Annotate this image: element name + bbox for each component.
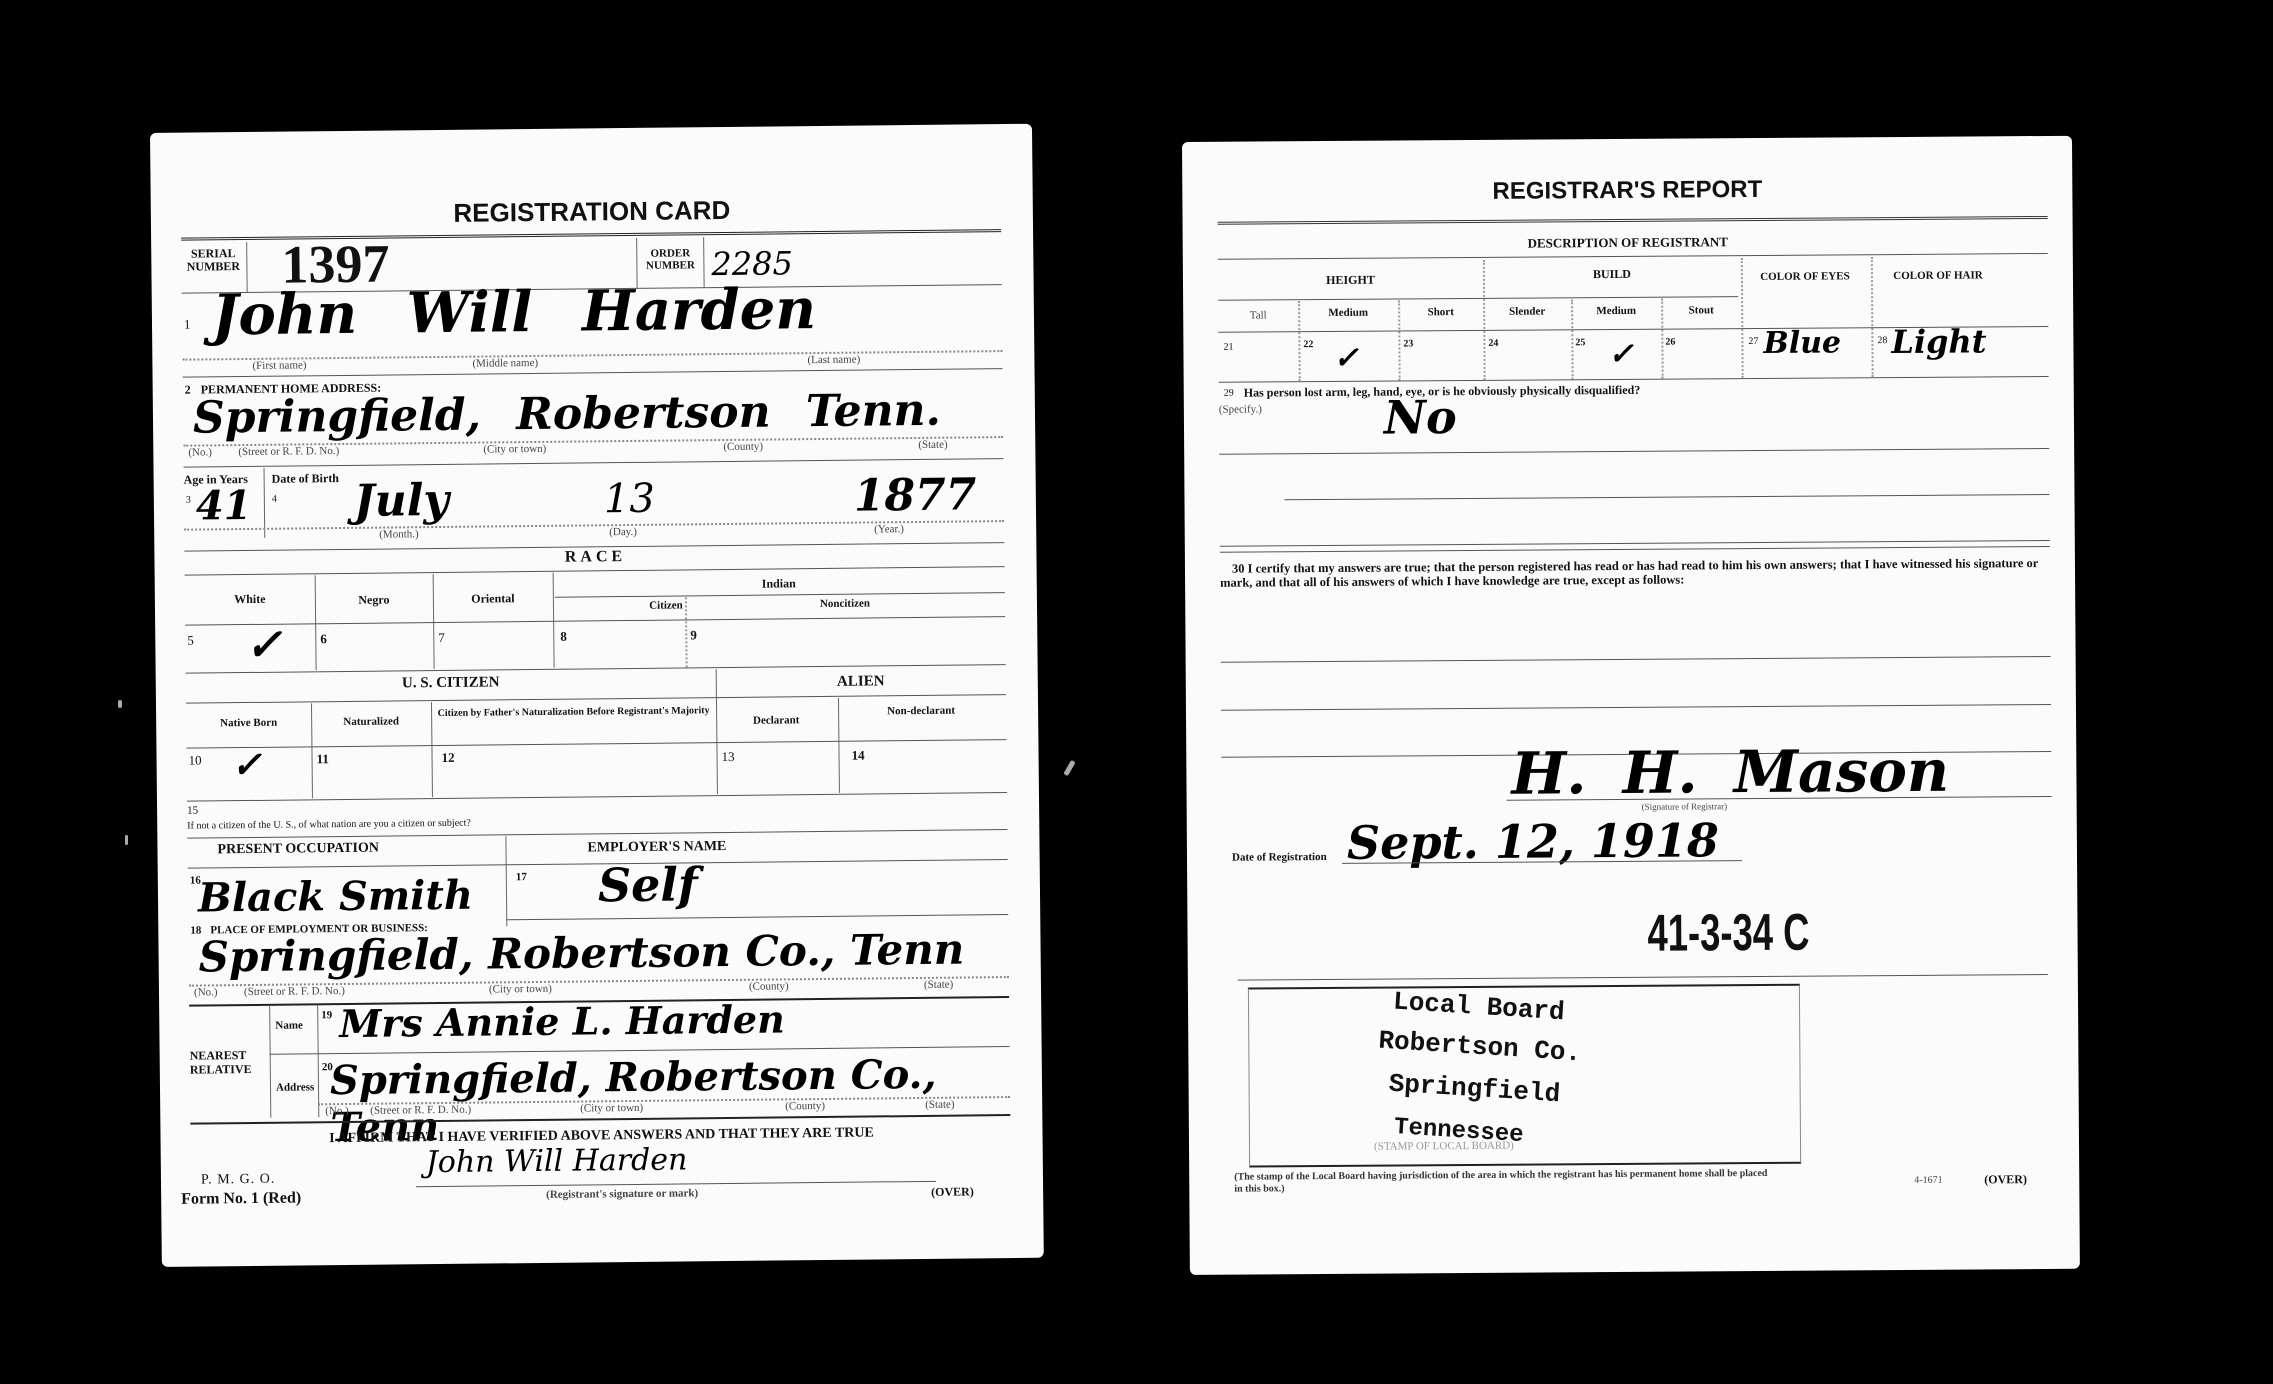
divider	[186, 694, 1006, 704]
month-label: (Month.)	[379, 528, 419, 540]
sub-label-county: (County)	[723, 441, 763, 453]
stamp-caption: (STAMP OF LOCAL BOARD)	[1374, 1140, 1514, 1153]
race-white-label: White	[185, 591, 315, 607]
birth-year: 1877	[854, 469, 977, 521]
race-indian-noncitizen-label: Noncitizen	[685, 596, 1005, 611]
hair-color-value: Light	[1891, 322, 1986, 361]
height-short-label: Short	[1398, 306, 1483, 319]
dust-speck	[118, 700, 122, 708]
form-number: Form No. 1 (Red)	[181, 1189, 301, 1208]
field-number: 23	[1403, 338, 1413, 349]
sub-label-street: (Street or R. F. D. No.)	[238, 445, 339, 458]
employer-label: EMPLOYER'S NAME	[587, 839, 726, 856]
divider	[1219, 376, 2049, 383]
registrars-report-card: REGISTRAR'S REPORT DESCRIPTION OF REGIST…	[1182, 136, 2080, 1275]
divider	[269, 1006, 271, 1118]
divider	[416, 1181, 936, 1187]
over-label: (OVER)	[1984, 1172, 2027, 1187]
day-label: (Day.)	[609, 526, 637, 538]
field-number: 19	[321, 1009, 332, 1021]
divider	[1220, 546, 2050, 553]
field-number: 6	[320, 631, 327, 647]
relative-address-label: Address	[276, 1081, 314, 1093]
field-number: 25	[1575, 337, 1585, 348]
field-number: 28	[1877, 335, 1887, 346]
sub-label-county: (County)	[749, 980, 789, 992]
sub-label-state: (State)	[925, 1099, 954, 1111]
divider	[505, 836, 507, 926]
height-tall-label: Tall	[1218, 309, 1298, 322]
native-born-label: Native Born	[186, 716, 311, 729]
sub-label-no: (No.)	[194, 986, 218, 998]
field-number: 22	[1303, 339, 1313, 350]
race-indian-heading: Indian	[553, 574, 1005, 594]
field-number: 12	[441, 750, 454, 766]
field-number: 29	[1224, 388, 1234, 399]
divider	[1218, 253, 2048, 260]
divider	[1218, 216, 2048, 225]
divider	[1741, 258, 1744, 378]
signature-label: (Registrant's signature or mark)	[546, 1187, 698, 1201]
divider	[185, 616, 1005, 626]
field-number: 26	[1665, 337, 1675, 348]
registrant-name: John Will Harden	[212, 276, 817, 348]
divider	[1284, 494, 2049, 500]
form-id-pmgo: P. M. G. O.	[201, 1172, 276, 1189]
dust-speck	[1063, 760, 1075, 776]
sub-label-street: (Street or R. F. D. No.)	[244, 985, 345, 998]
divider	[187, 829, 1007, 839]
home-address: Springfield, Robertson Tenn.	[193, 385, 941, 444]
last-name-label: (Last name)	[807, 354, 860, 367]
registration-code: 41-3-34 C	[1647, 903, 1809, 964]
occupation-value: Black Smith	[198, 872, 473, 922]
field-number: 5	[187, 633, 194, 649]
year-label: (Year.)	[874, 523, 904, 535]
naturalized-label: Naturalized	[311, 715, 431, 728]
registrant-signature: John Will Harden	[426, 1142, 688, 1180]
q30-text: I certify that my answers are true; that…	[1220, 556, 2038, 590]
field-number: 21	[1223, 342, 1233, 353]
build-slender-label: Slender	[1483, 305, 1571, 318]
report-title: REGISTRAR'S REPORT	[1182, 174, 2072, 208]
employment-place-value: Springfield, Robertson Co., Tenn	[198, 925, 964, 982]
divider	[431, 702, 433, 797]
serial-label: SERIAL NUMBER	[183, 247, 243, 274]
middle-name-label: (Middle name)	[472, 357, 538, 370]
divider	[1238, 974, 2048, 981]
sub-label-state: (State)	[924, 979, 953, 991]
divider	[1221, 704, 2051, 711]
build-medium-check: ✓	[1608, 337, 1633, 372]
employer-value: Self	[598, 857, 698, 912]
citizen-by-father-label: Citizen by Father's Naturalization Befor…	[436, 705, 711, 720]
race-oriental-label: Oriental	[433, 591, 553, 607]
relative-name-label: Name	[275, 1019, 303, 1031]
sub-label-county: (County)	[785, 1100, 825, 1112]
nearest-relative-label: NEAREST RELATIVE	[190, 1048, 270, 1077]
field-number: 11	[316, 751, 328, 767]
race-negro-label: Negro	[315, 592, 433, 608]
registration-card: REGISTRATION CARD SERIAL NUMBER 1397 ORD…	[150, 124, 1044, 1267]
field-number: 10	[188, 752, 201, 768]
registrar-signature-label: (Signature of Registrar)	[1642, 801, 1728, 812]
field-number: 30	[1232, 562, 1245, 576]
divider	[1221, 656, 2051, 663]
divider	[1219, 448, 2049, 455]
divider	[186, 739, 1006, 749]
sub-label-street: (Street or R. F. D. No.)	[370, 1104, 471, 1117]
divider	[317, 1005, 319, 1117]
q29-answer: No	[1384, 390, 1457, 445]
relative-name-value: Mrs Annie L. Harden	[339, 996, 785, 1046]
field-number: 15	[187, 805, 198, 817]
hair-heading: COLOR OF HAIR	[1873, 268, 2003, 283]
sub-label-state: (State)	[918, 439, 947, 451]
q30-certification: 30 I certify that my answers are true; t…	[1220, 556, 2050, 590]
dust-speck	[125, 835, 128, 845]
specify-label: (Specify.)	[1219, 403, 1262, 415]
field-number: 4	[272, 494, 277, 505]
field-number: 17	[516, 871, 527, 883]
divider	[187, 792, 1007, 802]
us-citizen-heading: U. S. CITIZEN	[186, 672, 716, 695]
sub-label-no: (No.)	[188, 446, 212, 458]
first-name-label: (First name)	[252, 359, 306, 372]
divider	[183, 458, 1003, 468]
order-label: ORDER NUMBER	[639, 247, 701, 272]
form-code: 4-1671	[1914, 1175, 1942, 1186]
dob-label: Date of Birth	[272, 471, 339, 487]
sub-label-city: (City or town)	[580, 1102, 643, 1115]
eyes-heading: COLOR OF EYES	[1745, 269, 1865, 284]
birth-month: July	[354, 475, 450, 527]
field-number: 27	[1748, 336, 1758, 347]
declarant-label: Declarant	[716, 714, 836, 727]
sub-label-city: (City or town)	[489, 983, 552, 996]
divider	[506, 914, 1008, 920]
date-label: Date of Registration	[1232, 851, 1327, 864]
card-title: REGISTRATION CARD	[151, 192, 1033, 232]
height-heading: HEIGHT	[1218, 272, 1483, 289]
field-number: 13	[721, 749, 734, 765]
age-value: 41	[196, 482, 252, 530]
non-declarant-label: Non-declarant	[846, 704, 996, 718]
field-number: 24	[1488, 338, 1498, 349]
over-label: (OVER)	[931, 1184, 974, 1199]
divider	[186, 664, 1006, 674]
alien-heading: ALIEN	[716, 672, 1006, 692]
sub-label-no: (No.)	[325, 1105, 349, 1117]
field-number: 14	[851, 748, 864, 764]
description-heading: DESCRIPTION OF REGISTRANT	[1183, 232, 2073, 254]
build-heading: BUILD	[1483, 266, 1741, 283]
height-medium-label: Medium	[1298, 306, 1398, 319]
birth-day: 13	[604, 476, 655, 523]
q15-text: If not a citizen of the U. S., of what n…	[187, 818, 471, 832]
field-number: 1	[184, 317, 191, 333]
eye-color-value: Blue	[1763, 325, 1841, 361]
field-number: 3	[186, 495, 191, 506]
divider	[1220, 540, 2050, 547]
field-number: 9	[690, 627, 697, 643]
field-number: 8	[560, 629, 567, 645]
native-born-check: ✓	[231, 744, 262, 786]
field-number: 7	[438, 630, 445, 646]
stamp-note: (The stamp of the Local Board having jur…	[1234, 1168, 1774, 1196]
build-medium-label: Medium	[1571, 305, 1661, 318]
height-medium-check: ✓	[1333, 341, 1358, 376]
build-stout-label: Stout	[1661, 304, 1741, 317]
divider	[1218, 296, 1738, 301]
occupation-label: PRESENT OCCUPATION	[217, 841, 379, 859]
divider	[838, 698, 840, 793]
sub-label-city: (City or town)	[483, 443, 546, 456]
race-white-check: ✓	[245, 620, 282, 671]
address-num: 2	[185, 383, 191, 398]
